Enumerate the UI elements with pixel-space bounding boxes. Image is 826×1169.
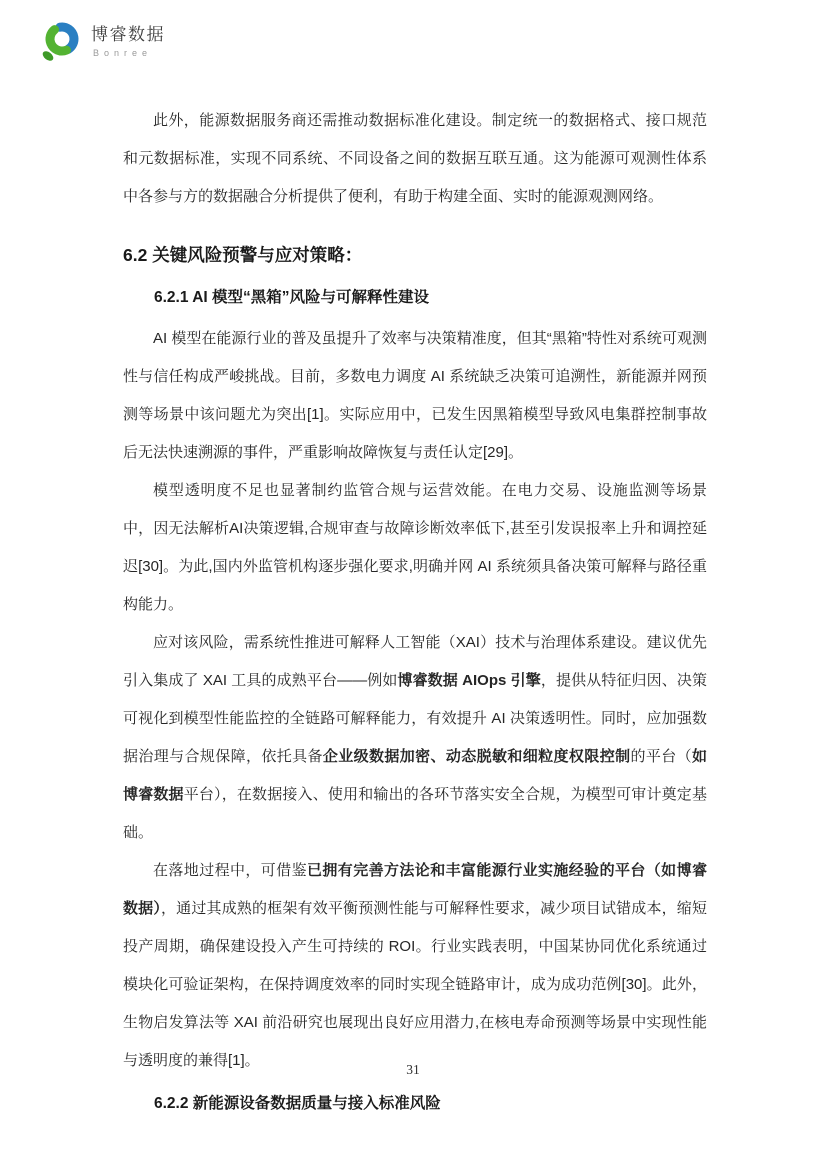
logo-subtitle: Bonree bbox=[91, 47, 165, 60]
paragraph: 应对该风险，需系统性推进可解释人工智能（XAI）技术与治理体系建设。建议优先引入… bbox=[123, 624, 707, 852]
paragraph: 在落地过程中，可借鉴已拥有完善方法论和丰富能源行业实施经验的平台（如博睿数据），… bbox=[123, 852, 707, 1080]
logo-text: 博睿数据 Bonree bbox=[91, 25, 165, 60]
bonree-logo-icon bbox=[40, 20, 82, 64]
document-page: 博睿数据 Bonree 此外，能源数据服务商还需推动数据标准化建设。制定统一的数… bbox=[0, 0, 826, 1169]
subsection-heading: 6.2.1 AI 模型“黑箱”风险与可解释性建设 bbox=[123, 286, 707, 310]
subsection-heading: 6.2.2 新能源设备数据质量与接入标准风险 bbox=[123, 1092, 707, 1116]
page-number: 31 bbox=[0, 1062, 826, 1078]
paragraph: 此外，能源数据服务商还需推动数据标准化建设。制定统一的数据格式、接口规范和元数据… bbox=[123, 102, 707, 216]
paragraph: 模型透明度不足也显著制约监管合规与运营效能。在电力交易、设施监测等场景中，因无法… bbox=[123, 472, 707, 624]
paragraph: AI 模型在能源行业的普及虽提升了效率与决策精准度，但其“黑箱”特性对系统可观测… bbox=[123, 320, 707, 472]
bonree-logo: 博睿数据 Bonree bbox=[40, 20, 165, 64]
section-heading: 6.2 关键风险预警与应对策略： bbox=[123, 242, 707, 268]
logo-title: 博睿数据 bbox=[91, 25, 165, 45]
document-body: 此外，能源数据服务商还需推动数据标准化建设。制定统一的数据格式、接口规范和元数据… bbox=[123, 102, 707, 1126]
